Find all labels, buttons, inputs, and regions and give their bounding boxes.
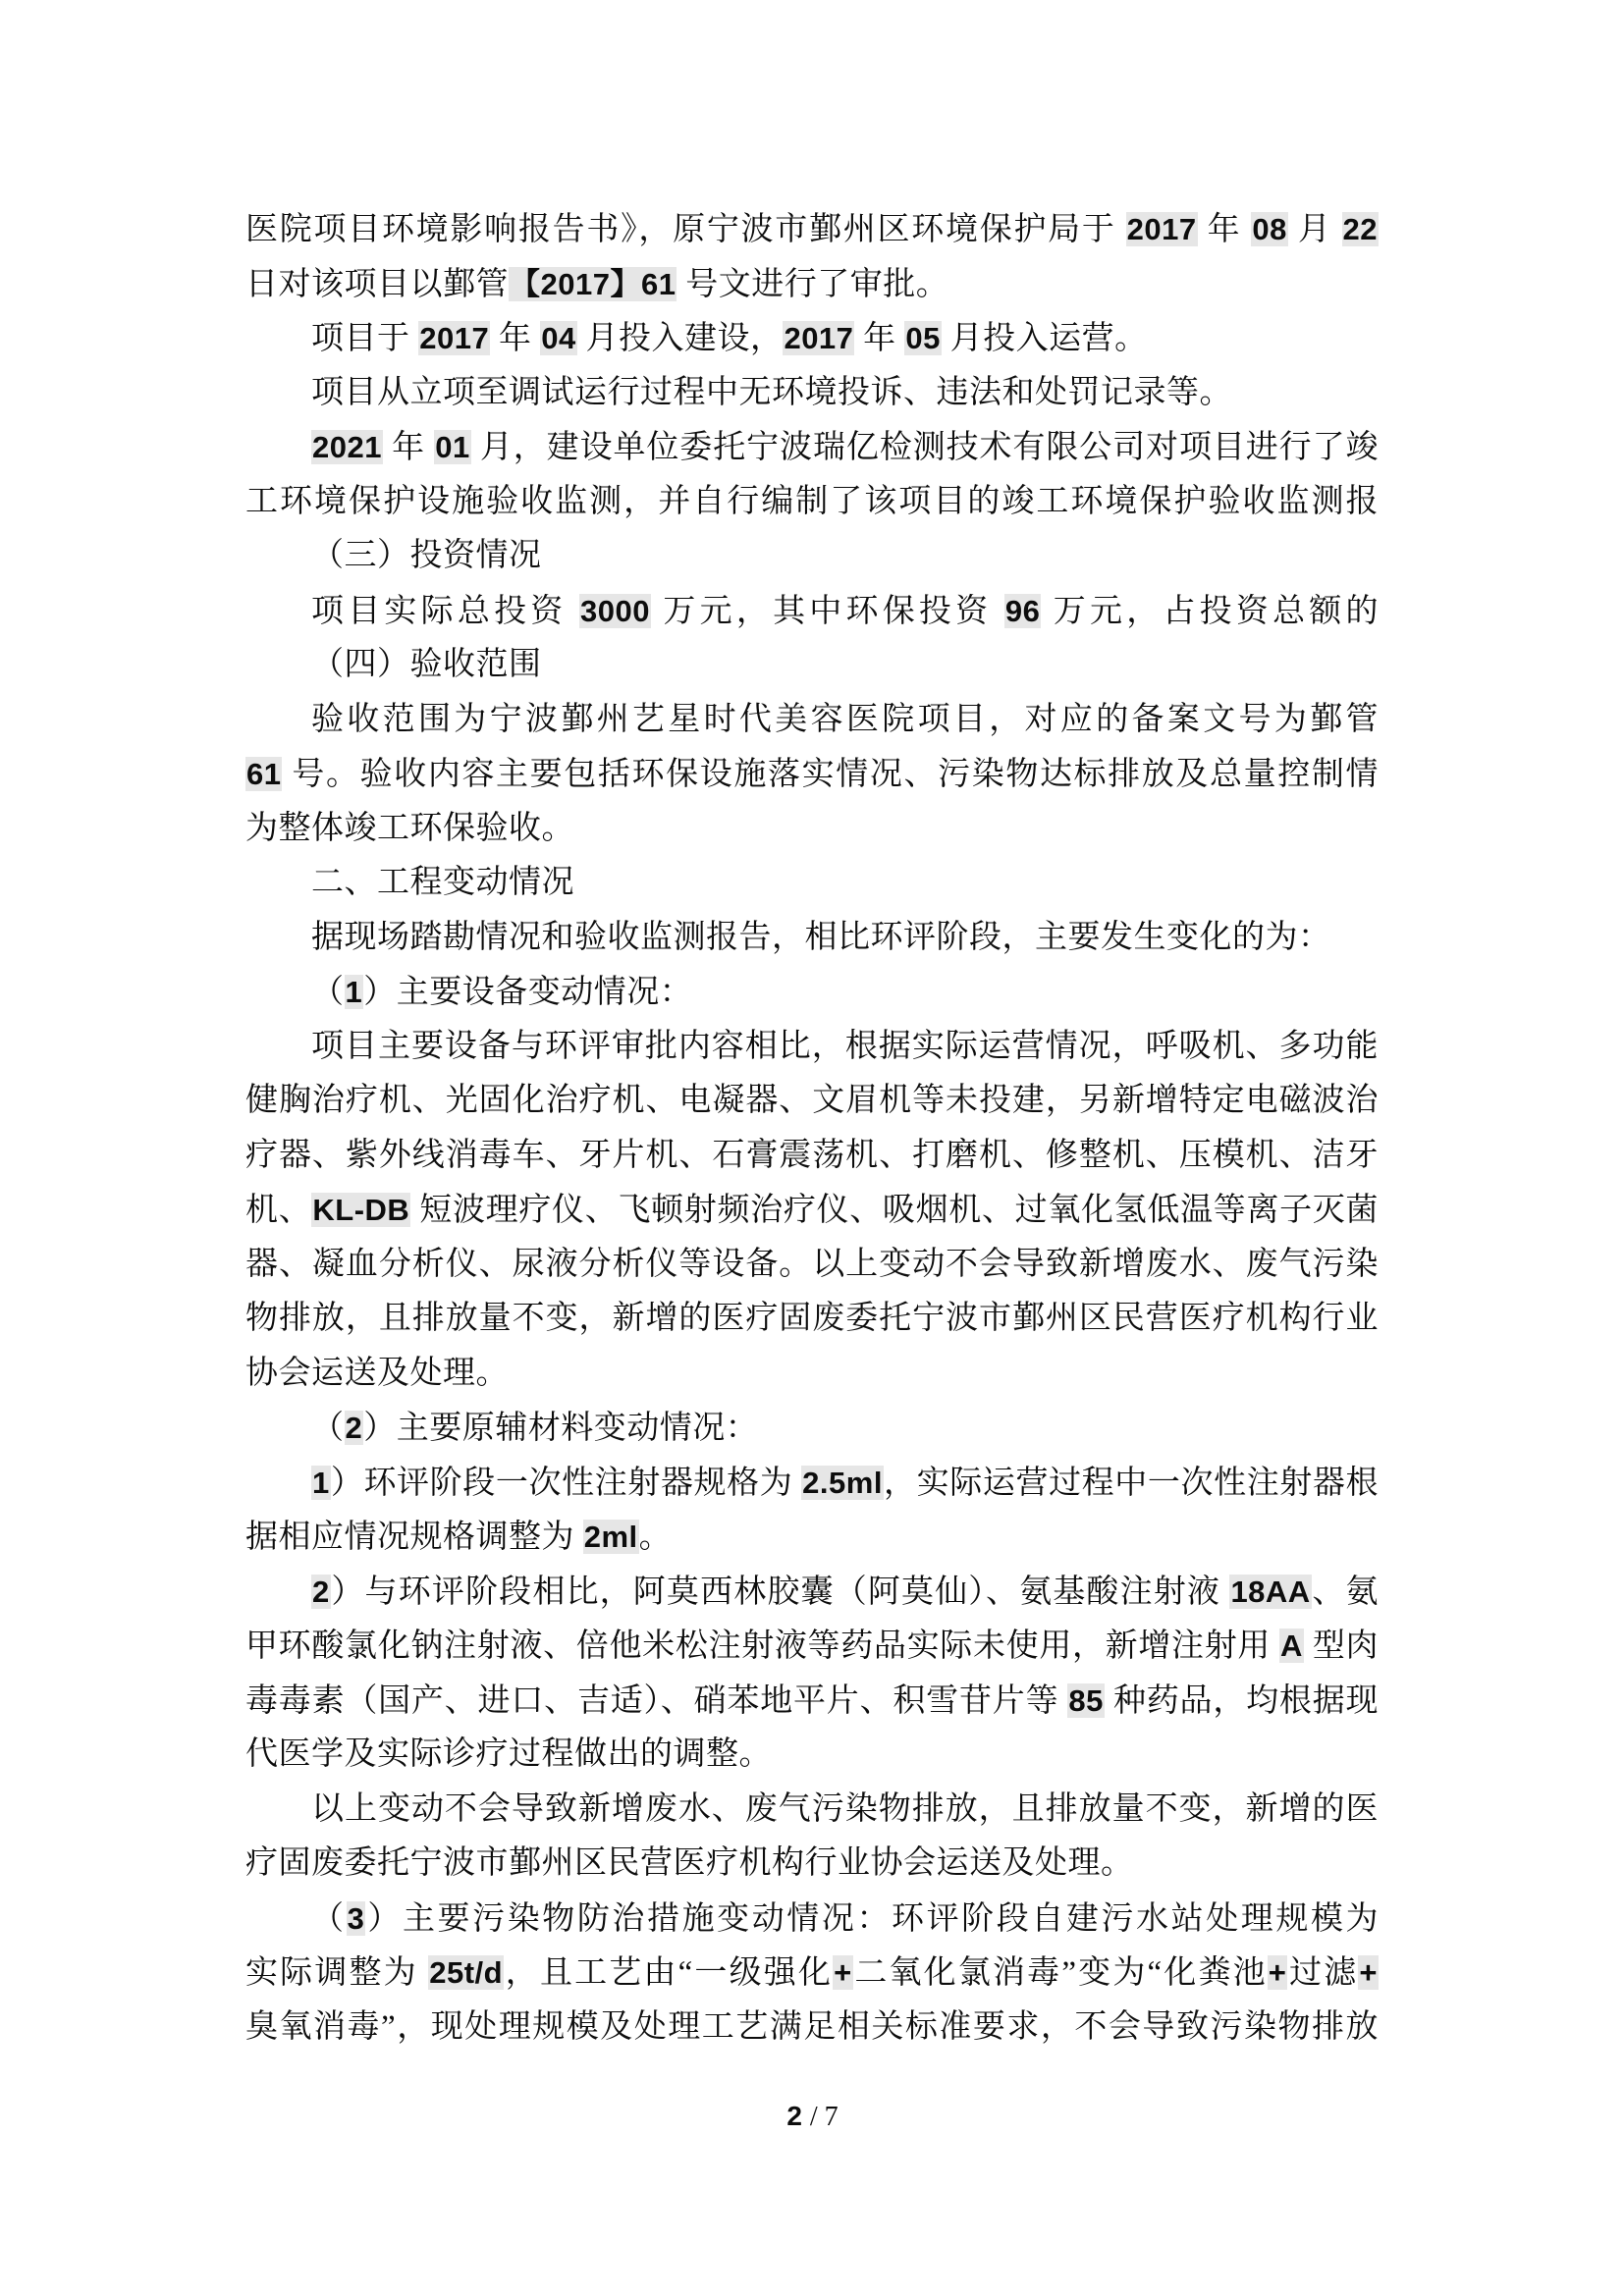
text-run: 、氨 [1312, 1575, 1379, 1610]
text-run: 物排放，且排放量不变，新增的医疗固废委托宁波市鄞州区民营医疗机构行业 [245, 1301, 1379, 1336]
text-run: 日对该项目以鄞管 [245, 267, 509, 302]
bold-text-run: 2021 [311, 430, 383, 464]
text-run: 短波理疗仪、飞顿射频治疗仪、吸烟机、过氧化氢低温等离子灭菌 [410, 1193, 1379, 1228]
page-footer: 2 / 7 [0, 2097, 1624, 2137]
text-line: 实际调整为 25t/d，且工艺由“一级强化+二氧化氯消毒”变为“化粪池+过滤+ [245, 1946, 1379, 2001]
text-line: 毒毒素（国产、进口、吉适）、硝苯地平片、积雪苷片等 85 种药品，均根据现 [245, 1674, 1379, 1729]
text-run: （ [311, 975, 345, 1010]
bold-text-run: 05 [904, 321, 941, 355]
text-run: 甲环酸氯化钠注射液、倍他米松注射液等药品实际未使用，新增注射用 [245, 1629, 1279, 1664]
bold-text-run: 2017 [783, 321, 854, 355]
text-line: 代医学及实际诊疗过程做出的调整。 [245, 1728, 1379, 1783]
text-run: 月投入建设， [577, 321, 784, 356]
text-run: 年 [1198, 212, 1252, 247]
text-run: ）主要设备变动情况： [363, 975, 692, 1010]
text-line: 物排放，且排放量不变，新增的医疗固废委托宁波市鄞州区民营医疗机构行业 [245, 1292, 1379, 1347]
text-run: 据现场踏勘情况和验收监测报告，相比环评阶段，主要发生变化的为： [311, 920, 1331, 955]
text-run: 万元，占投资总额的 [1041, 594, 1379, 629]
text-run: 号文进行了审批。 [677, 267, 948, 302]
text-run: （ [311, 1901, 347, 1937]
bold-text-run: 【2017】61 [509, 267, 677, 301]
document-page: 医院项目环境影响报告书》，原宁波市鄞州区环境保护局于 2017 年 08 月 2… [0, 0, 1624, 2296]
text-line: 健胸治疗机、光固化治疗机、电凝器、文眉机等未投建，另新增特定电磁波治 [245, 1074, 1379, 1129]
text-line: （四）验收范围 [245, 638, 1379, 693]
text-run: 以上变动不会导致新增废水、废气污染物排放，且排放量不变，新增的医 [311, 1791, 1379, 1827]
text-run: 健胸治疗机、光固化治疗机、电凝器、文眉机等未投建，另新增特定电磁波治 [245, 1083, 1379, 1118]
bold-text-run: 3 [347, 1901, 366, 1936]
bold-text-run: 1 [345, 975, 364, 1009]
text-run: 验收范围为宁波鄞州艺星时代美容医院项目，对应的备案文号为鄞管 [311, 702, 1379, 737]
text-run: 。 [639, 1520, 673, 1555]
text-run: 项目于 [311, 321, 418, 356]
text-line: 据现场踏勘情况和验收监测报告，相比环评阶段，主要发生变化的为： [245, 911, 1379, 966]
text-run: ，实际运营过程中一次性注射器根 [884, 1466, 1379, 1501]
text-run: 疗固废委托宁波市鄞州区民营医疗机构行业协会运送及处理。 [245, 1845, 1134, 1881]
bold-text-run: A [1279, 1629, 1304, 1663]
text-run: （四）验收范围 [311, 647, 542, 682]
text-run: 毒毒素（国产、进口、吉适）、硝苯地平片、积雪苷片等 [245, 1683, 1067, 1719]
text-run: 二氧化氯消毒”变为“化粪池 [853, 1955, 1268, 1991]
bold-text-run: 2017 [418, 321, 490, 355]
text-run: 机、 [245, 1193, 311, 1228]
text-run: 月 [1288, 212, 1342, 247]
text-run: 号。验收内容主要包括环保设施落实情况、污染物达标排放及总量控制情况， [245, 757, 1379, 802]
text-line: 医院项目环境影响报告书》，原宁波市鄞州区环境保护局于 2017 年 08 月 2… [245, 202, 1379, 257]
bold-text-run: 01 [434, 430, 470, 464]
text-line: 机、KL-DB 短波理疗仪、飞顿射频治疗仪、吸烟机、过氧化氢低温等离子灭菌 [245, 1183, 1379, 1238]
bold-text-run: 1 [311, 1466, 331, 1500]
text-run: 型肉 [1304, 1629, 1379, 1664]
bold-text-run: 96 [1004, 594, 1041, 628]
text-line: 甲环酸氯化钠注射液、倍他米松注射液等药品实际未使用，新增注射用 A 型肉 [245, 1619, 1379, 1674]
bold-text-run: 2.5ml [801, 1466, 884, 1500]
text-line: （三）投资情况 [245, 529, 1379, 584]
bold-text-run: 25t/d [428, 1955, 504, 1990]
text-run: 项目实际总投资 [311, 594, 579, 629]
text-line: 2021 年 01 月，建设单位委托宁波瑞亿检测技术有限公司对项目进行了竣 [245, 420, 1379, 475]
bold-text-run: + [833, 1955, 853, 1990]
text-run: / 7 [803, 2102, 839, 2132]
text-run: 月投入运营。 [942, 321, 1148, 356]
text-run: 年 [490, 321, 540, 356]
bold-text-run: KL-DB [311, 1193, 410, 1227]
text-run: ）主要原辅材料变动情况： [363, 1411, 758, 1446]
text-line: 二、工程变动情况 [245, 856, 1379, 911]
bold-text-run: 22 [1342, 212, 1379, 246]
text-run: 臭氧消毒”，现处理规模及处理工艺满足相关标准要求，不会导致污染物排放 [245, 2009, 1379, 2045]
document-lines: 医院项目环境影响报告书》，原宁波市鄞州区环境保护局于 2017 年 08 月 2… [245, 202, 1379, 2055]
bold-text-run: 61 [245, 757, 282, 791]
text-run: 项目从立项至调试运行过程中无环境投诉、违法和处罚记录等。 [311, 375, 1232, 410]
bold-text-run: + [1268, 1955, 1288, 1990]
text-run: 万元，其中环保投资 [651, 594, 1004, 629]
text-line: 2）与环评阶段相比，阿莫西林胶囊（阿莫仙）、氨基酸注射液 18AA、氨 [245, 1565, 1379, 1620]
text-run: 项目主要设备与环评审批内容相比，根据实际运营情况，呼吸机、多功能 [311, 1029, 1379, 1064]
text-run: 月，建设单位委托宁波瑞亿检测技术有限公司对项目进行了竣 [471, 430, 1379, 465]
text-run: 过滤 [1287, 1955, 1358, 1991]
text-line: 项目主要设备与环评审批内容相比，根据实际运营情况，呼吸机、多功能 [245, 1020, 1379, 1075]
text-run: 器、凝血分析仪、尿液分析仪等设备。以上变动不会导致新增废水、废气污染 [245, 1247, 1379, 1282]
text-line: 为整体竣工环保验收。 [245, 802, 1379, 857]
bold-text-run: 2 [345, 1411, 364, 1445]
bold-text-run: 18AA [1229, 1575, 1311, 1609]
bold-text-run: 04 [540, 321, 576, 355]
text-run: ）与环评阶段相比，阿莫西林胶囊（阿莫仙）、氨基酸注射液 [331, 1575, 1230, 1610]
text-run: 据相应情况规格调整为 [245, 1520, 583, 1555]
text-line: 项目实际总投资 3000 万元，其中环保投资 96 万元，占投资总额的 3.2%… [245, 584, 1379, 639]
text-line: 器、凝血分析仪、尿液分析仪等设备。以上变动不会导致新增废水、废气污染 [245, 1238, 1379, 1293]
text-run: ）主要污染物防治措施变动情况：环评阶段自建污水站处理规模为 [365, 1901, 1379, 1937]
text-run: 为整体竣工环保验收。 [245, 811, 574, 846]
text-run: 二、工程变动情况 [311, 865, 574, 900]
bold-text-run: 85 [1067, 1683, 1104, 1718]
bold-text-run: 2017 [1126, 212, 1198, 246]
text-line: 臭氧消毒”，现处理规模及处理工艺满足相关标准要求，不会导致污染物排放 [245, 2001, 1379, 2056]
text-run: 年 [383, 430, 434, 465]
text-line: （1）主要设备变动情况： [245, 965, 1379, 1020]
text-run: ）环评阶段一次性注射器规格为 [331, 1466, 801, 1501]
text-line: 项目从立项至调试运行过程中无环境投诉、违法和处罚记录等。 [245, 366, 1379, 421]
text-run: 疗器、紫外线消毒车、牙片机、石膏震荡机、打磨机、修整机、压模机、洁牙 [245, 1138, 1379, 1173]
text-line: 日对该项目以鄞管【2017】61 号文进行了审批。 [245, 257, 1379, 312]
bold-text-run: 2 [311, 1575, 331, 1609]
text-line: 疗器、紫外线消毒车、牙片机、石膏震荡机、打磨机、修整机、压模机、洁牙 [245, 1129, 1379, 1184]
text-run: 种药品，均根据现 [1105, 1683, 1379, 1719]
text-run: （ [311, 1411, 345, 1446]
text-run: 医院项目环境影响报告书》，原宁波市鄞州区环境保护局于 [245, 212, 1126, 247]
text-line: 工环境保护设施验收监测，并自行编制了该项目的竣工环境保护验收监测报告。 [245, 475, 1379, 530]
bold-text-run: + [1358, 1955, 1379, 1990]
bold-text-run: 3000 [579, 594, 651, 628]
text-line: 以上变动不会导致新增废水、废气污染物排放，且排放量不变，新增的医 [245, 1783, 1379, 1838]
text-line: （3）主要污染物防治措施变动情况：环评阶段自建污水站处理规模为 30t/d， [245, 1892, 1379, 1947]
text-line: 1）环评阶段一次性注射器规格为 2.5ml，实际运营过程中一次性注射器根 [245, 1456, 1379, 1511]
text-line: 验收范围为宁波鄞州艺星时代美容医院项目，对应的备案文号为鄞管【2017】 [245, 693, 1379, 748]
text-run: 工环境保护设施验收监测，并自行编制了该项目的竣工环境保护验收监测报告。 [245, 484, 1379, 530]
text-line: 61 号。验收内容主要包括环保设施落实情况、污染物达标排放及总量控制情况， [245, 747, 1379, 802]
text-line: 据相应情况规格调整为 2ml。 [245, 1510, 1379, 1565]
text-run: ，且工艺由“一级强化 [504, 1955, 833, 1991]
text-run: 实际调整为 [245, 1955, 428, 1991]
text-run: 年 [854, 321, 904, 356]
text-line: 项目于 2017 年 04 月投入建设，2017 年 05 月投入运营。 [245, 311, 1379, 366]
bold-text-run: 2ml [583, 1520, 639, 1554]
bold-text-run: 08 [1251, 212, 1287, 246]
text-line: 疗固废委托宁波市鄞州区民营医疗机构行业协会运送及处理。 [245, 1837, 1379, 1892]
text-line: 协会运送及处理。 [245, 1347, 1379, 1402]
text-line: （2）主要原辅材料变动情况： [245, 1401, 1379, 1456]
text-run: 代医学及实际诊疗过程做出的调整。 [245, 1736, 772, 1772]
text-run: 协会运送及处理。 [245, 1356, 509, 1391]
bold-text-run: 2 [785, 2101, 803, 2131]
text-run: （三）投资情况 [311, 538, 542, 573]
